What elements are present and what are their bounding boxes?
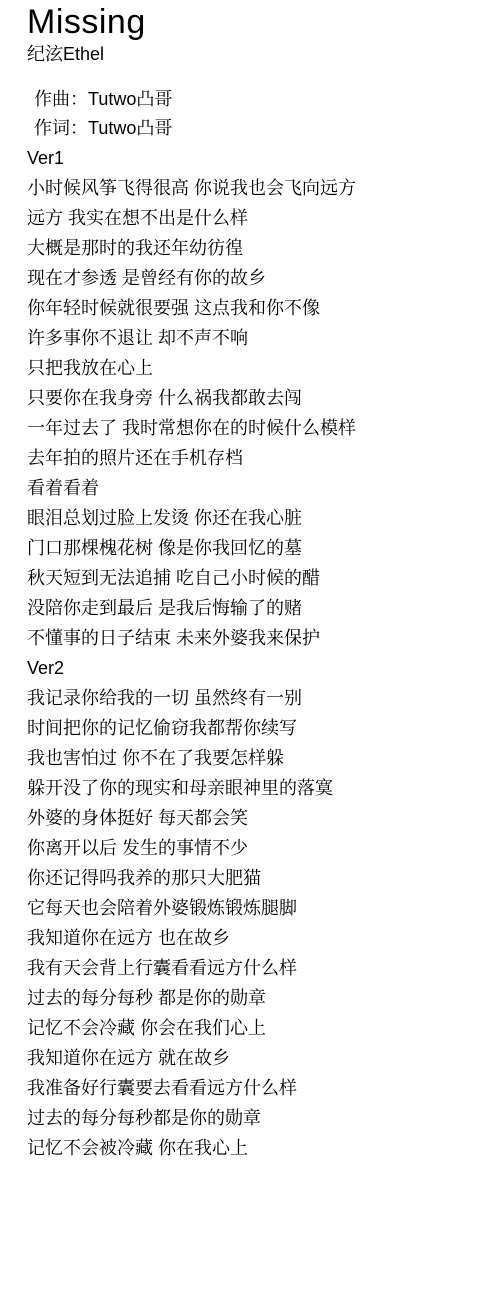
lyric-line: 它每天也会陪着外婆锻炼锻炼腿脚 xyxy=(27,893,492,923)
lyric-line: 小时候风筝飞得很高 你说我也会飞向远方 xyxy=(27,173,492,203)
lyric-line: 记忆不会被冷藏 你在我心上 xyxy=(27,1133,492,1163)
verse-label-ver2: Ver2 xyxy=(27,653,492,683)
verse-label-ver1: Ver1 xyxy=(27,143,492,173)
lyric-line: 过去的每分每秒 都是你的勋章 xyxy=(27,983,492,1013)
lyric-line: 不懂事的日子结束 未来外婆我来保护 xyxy=(27,623,492,653)
lyric-line: 我知道你在远方 也在故乡 xyxy=(27,923,492,953)
lyric-line: 门口那棵槐花树 像是你我回忆的墓 xyxy=(27,533,492,563)
lyric-line: 一年过去了 我时常想你在的时候什么模样 xyxy=(27,413,492,443)
lyric-line: 你还记得吗我养的那只大肥猫 xyxy=(27,863,492,893)
lyric-line: 远方 我实在想不出是什么样 xyxy=(27,203,492,233)
lyric-line: 你年轻时候就很要强 这点我和你不像 xyxy=(27,293,492,323)
lyric-line: 去年拍的照片还在手机存档 xyxy=(27,443,492,473)
lyric-line: 我记录你给我的一切 虽然终有一别 xyxy=(27,683,492,713)
lyric-line: 现在才参透 是曾经有你的故乡 xyxy=(27,263,492,293)
lyric-line: 大概是那时的我还年幼彷徨 xyxy=(27,233,492,263)
lyric-line: 躲开没了你的现实和母亲眼神里的落寞 xyxy=(27,773,492,803)
lyric-line: 秋天短到无法追捕 吃自己小时候的醋 xyxy=(27,563,492,593)
lyric-line: 我知道你在远方 就在故乡 xyxy=(27,1043,492,1073)
lyricist-credit: 作词：Tutwo凸哥 xyxy=(34,114,492,143)
lyric-line: 没陪你走到最后 是我后悔输了的赌 xyxy=(27,593,492,623)
lyric-line: 你离开以后 发生的事情不少 xyxy=(27,833,492,863)
lyric-line: 记忆不会冷藏 你会在我们心上 xyxy=(27,1013,492,1043)
lyric-line: 我有天会背上行囊看看远方什么样 xyxy=(27,953,492,983)
song-title: Missing xyxy=(27,2,492,42)
lyrics-page: Missing 纪泫Ethel 作曲：Tutwo凸哥 作词：Tutwo凸哥 Ve… xyxy=(0,0,500,1163)
credits-block: 作曲：Tutwo凸哥 作词：Tutwo凸哥 xyxy=(27,85,492,143)
artist-name: 纪泫Ethel xyxy=(27,42,492,66)
lyrics-body: Ver1 小时候风筝飞得很高 你说我也会飞向远方 远方 我实在想不出是什么样 大… xyxy=(27,143,492,1163)
lyric-line: 只把我放在心上 xyxy=(27,353,492,383)
lyric-line: 眼泪总划过脸上发烫 你还在我心脏 xyxy=(27,503,492,533)
lyric-line: 过去的每分每秒都是你的勋章 xyxy=(27,1103,492,1133)
composer-credit: 作曲：Tutwo凸哥 xyxy=(34,85,492,114)
lyric-line: 我也害怕过 你不在了我要怎样躲 xyxy=(27,743,492,773)
lyric-line: 我准备好行囊要去看看远方什么样 xyxy=(27,1073,492,1103)
lyric-line: 只要你在我身旁 什么祸我都敢去闯 xyxy=(27,383,492,413)
lyric-line: 时间把你的记忆偷窃我都帮你续写 xyxy=(27,713,492,743)
lyric-line: 看着看着 xyxy=(27,473,492,503)
lyric-line: 外婆的身体挺好 每天都会笑 xyxy=(27,803,492,833)
lyric-line: 许多事你不退让 却不声不响 xyxy=(27,323,492,353)
